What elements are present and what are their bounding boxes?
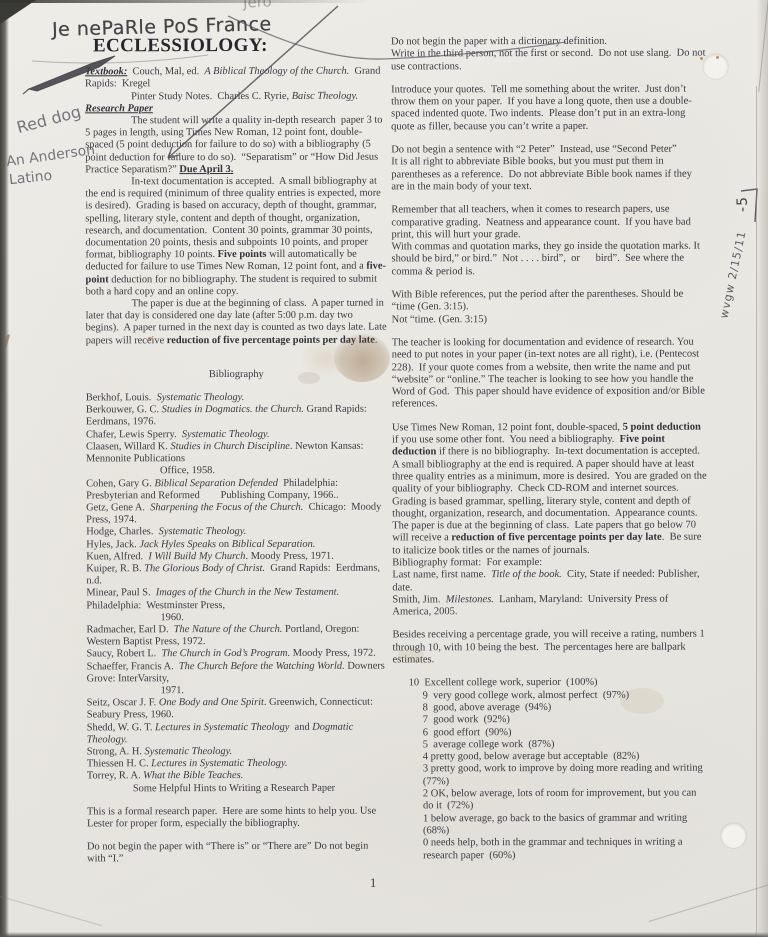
rating-item: 0 needs help, both in the grammar and te… — [393, 837, 709, 862]
text-run: on — [216, 539, 232, 550]
text-run: Cohen, Gary G. — [86, 478, 154, 489]
text-run: . Moody Press, 1972. — [287, 648, 375, 659]
bibliography-entry: Minear, Paul S. Images of the Church in … — [86, 587, 387, 612]
text-run: The Glorious Body of Christ. — [144, 563, 265, 574]
text-run: 1960. — [160, 612, 183, 623]
text-run: Hodge, Charles. — [86, 527, 158, 538]
page-number: 1 — [370, 876, 376, 891]
bibliography-entry: 1960. — [86, 611, 387, 624]
text-run: 9 very good college work, almost perfect… — [423, 689, 629, 701]
text-run: Remember that all teachers, when it come… — [391, 204, 702, 277]
bibliography-entry: Berkouwer, G. C. Studies in Dogmatics. t… — [86, 404, 387, 429]
text-run: reduction of five percentage points per … — [451, 532, 661, 544]
bibliography-entry: Hyles, Jack. Jack Hyles Speaks on Biblic… — [86, 538, 387, 551]
text-run: Five points — [218, 249, 267, 260]
rating-item: 6 good effort (90%) — [393, 726, 709, 739]
paper-fold-line — [756, 86, 757, 937]
paragraph: Introduce your quotes. Tell me something… — [391, 83, 707, 133]
handwriting-vertical-note: wvgw 2/15/11 — [715, 218, 751, 330]
text-run: Systematic Theology. — [157, 392, 245, 403]
paragraph: Do not begin a sentence with “2 Peter” I… — [391, 144, 707, 194]
text-run: and — [289, 721, 312, 732]
rating-item: 10 Excellent college work, superior (100… — [393, 677, 709, 690]
text-run: Jack Hyles Speaks — [139, 539, 216, 550]
bibliography-entry: Getz, Gene A. Sharpening the Focus of th… — [86, 502, 387, 527]
text-run: deduction for no bibliography. The stude… — [86, 273, 380, 297]
text-run: Saucy, Robert L. — [87, 649, 162, 660]
text-run: 5 average college work (87%) — [423, 739, 555, 750]
text-run: Systematic Theology. — [159, 526, 247, 537]
bibliography-entry: Office, 1958. — [86, 465, 387, 478]
bibliography-entry: Cohen, Gary G. Biblical Separation Defen… — [86, 477, 387, 502]
scanned-page: ECCLESSIOLOGY: Textbook: Couch, Mal, ed.… — [0, 0, 768, 937]
text-run: Seitz, Oscar J. F. — [87, 697, 159, 708]
text-run: Title of the book. — [491, 569, 562, 580]
text-run: Hyles, Jack. — [86, 539, 139, 550]
scan-edge-bottom — [0, 932, 768, 937]
text-run: Thiessen H. C. — [87, 758, 151, 769]
rating-item: 2 OK, below average, lots of room for im… — [393, 788, 709, 813]
paragraph: Besides receiving a percentage grade, yo… — [392, 629, 708, 667]
text-run: Biblical Separation. — [232, 538, 316, 549]
text-run: Minear, Paul S. — [86, 588, 155, 599]
left-column: ECCLESSIOLOGY: Textbook: Couch, Mal, ed.… — [85, 40, 388, 866]
text-run: Chafer, Lewis Sperry. — [86, 429, 182, 440]
text-run: 4 pretty good, below average but accepta… — [423, 751, 640, 763]
scan-edge-top — [0, 0, 369, 3]
rating-item: 4 pretty good, below average but accepta… — [393, 751, 709, 764]
text-run: What the Bible Teaches. — [143, 770, 243, 781]
text-run: Systematic Theology. — [145, 746, 233, 757]
text-run: Besides receiving a percentage grade, yo… — [392, 629, 707, 665]
text-run: Biblical Separation Defended — [154, 477, 278, 488]
text-run: Kuiper, R. B. — [86, 563, 144, 574]
text-run: In-text documentation is accepted. A sma… — [85, 176, 383, 261]
paragraph: Do not begin the paper with a dictionary… — [391, 36, 707, 74]
rust-speck — [148, 337, 152, 340]
bibliography-entry: Strong, A. H. Systematic Theology. — [87, 746, 388, 759]
text-run: A Biblical Theology of the Church. — [204, 66, 349, 77]
text-run: Bibliography — [209, 369, 264, 380]
paragraph: Use Times New Roman, 12 point font, doub… — [392, 421, 709, 619]
text-run: Studies in Church Discipline — [170, 441, 289, 452]
text-run: Due April 3. — [179, 164, 233, 175]
text-run: Lectures in Systematic Theology. — [151, 758, 287, 769]
right-column: Do not begin the paper with a dictionary… — [391, 36, 709, 863]
bibliography-entry: Seitz, Oscar J. F. One Body and One Spir… — [87, 697, 388, 722]
text-run: Berkouwer, G. C. — [86, 404, 162, 415]
text-run: Strong, A. H. — [87, 746, 145, 757]
rating-item: 5 average college work (87%) — [393, 738, 709, 751]
paper-crease — [0, 895, 102, 926]
paragraph: In-text documentation is accepted. A sma… — [85, 176, 386, 299]
handwriting-margin-2: An Anderson — [5, 142, 96, 170]
bibliography-entry: Shedd, W. G. T. Lectures in Systematic T… — [87, 721, 388, 746]
bibliography-entry: 1971. — [87, 685, 388, 698]
bibliography-entry: Berkhof, Louis. Systematic Theology. — [86, 392, 387, 405]
handwriting-grade-mark: -5 — [735, 196, 751, 212]
bibliography-entry: Chafer, Lewis Sperry. Systematic Theolog… — [86, 428, 387, 441]
smudge — [298, 372, 320, 384]
research-paper-heading: Research Paper — [85, 102, 386, 115]
rust-speck — [716, 56, 719, 59]
bibliography-entry: Kuiper, R. B. The Glorious Body of Chris… — [86, 563, 387, 588]
bibliography-entry: Torrey, R. A. What the Bible Teaches. — [87, 770, 388, 783]
text-run: Lectures in Systematic Theology — [155, 721, 289, 732]
text-run: Claasen, Willard K. — [86, 441, 171, 452]
text-run: Berkhof, Louis. — [86, 392, 157, 403]
bibliography-entry: Kuen, Alfred. I Will Build My Church. Mo… — [86, 550, 387, 563]
scan-corner — [0, 0, 36, 24]
text-run: Do not begin a sentence with “2 Peter” I… — [391, 144, 694, 193]
text-run: The Nature of the Church. — [174, 624, 283, 635]
bibliography-entry: Claasen, Willard K. Studies in Church Di… — [86, 440, 387, 465]
bibliography-entry: Thiessen H. C. Lectures in Systematic Th… — [87, 758, 388, 771]
bibliography-entry: Saucy, Robert L. The Church in God’s Pro… — [87, 648, 388, 661]
text-run: if there is no bibliography. In-text doc… — [392, 446, 709, 544]
paragraph: The student will write a quality in-dept… — [85, 115, 386, 177]
paragraph: Pinter Study Notes. Charles C. Ryrie, Ba… — [85, 90, 386, 103]
text-run: With Bible references, put the period af… — [392, 289, 686, 325]
smudge — [620, 688, 664, 714]
text-run: Kuen, Alfred. — [86, 551, 148, 562]
scan-edge-right — [756, 0, 768, 937]
text-run: 6 good effort (90%) — [423, 727, 512, 738]
text-run: 7 good work (92%) — [423, 714, 510, 725]
text-run: Baisc Theology. — [292, 90, 358, 101]
paragraph: Remember that all teachers, when it come… — [391, 204, 707, 279]
text-run: 1 below average, go back to the basics o… — [423, 812, 690, 836]
text-run: 8 good, above average (94%) — [423, 702, 552, 713]
text-run: 0 needs help, both in the grammar and te… — [423, 837, 685, 861]
text-run: Do not begin the paper with a dictionary… — [391, 36, 708, 72]
text-run: Do not begin the paper with “There is” o… — [87, 841, 371, 865]
text-run: This is a formal research paper. Here ar… — [87, 805, 379, 829]
text-run: Schaeffer, Francis A. — [87, 661, 179, 672]
text-run: Pinter Study Notes. Charles C. Ryrie, — [131, 90, 292, 101]
textbook-paragraph: Textbook: Couch, Mal, ed. A Biblical The… — [85, 66, 386, 91]
handwriting-margin-3: Latino — [8, 168, 53, 188]
doodle-tail — [23, 89, 29, 94]
scan-edge-left — [0, 0, 9, 937]
bibliography-entry: Hodge, Charles. Systematic Theology. — [86, 526, 387, 539]
rust-speck — [700, 57, 703, 60]
page-title: ECCLESSIOLOGY: — [93, 40, 386, 53]
rating-item: 3 pretty good, work to improve by doing … — [393, 763, 709, 788]
bibliography-entry: Radmacher, Earl D. The Nature of the Chu… — [86, 624, 387, 649]
text-run: The Church Before the Watching World. — [179, 660, 345, 671]
text-run: 10 Excellent college work, superior (100… — [409, 677, 598, 688]
text-run: The Church in God’s Program — [161, 648, 287, 659]
text-run: 3 pretty good, work to improve by doing … — [423, 763, 708, 787]
text-run: Couch, Mal, ed. — [127, 66, 204, 77]
text-run: Office, 1958. — [160, 465, 215, 476]
text-run: Shedd, W. G. T. — [87, 722, 155, 733]
text-run: The teacher is looking for documentation… — [392, 337, 708, 410]
coffee-stain — [334, 334, 390, 382]
paragraph: The teacher is looking for documentation… — [392, 337, 708, 412]
text-run: Getz, Gene A. — [86, 502, 150, 513]
rating-item: 7 good work (92%) — [393, 714, 709, 727]
paper-crease — [649, 883, 768, 922]
text-run: . Moody Press, 1971. — [245, 550, 333, 561]
bibliography-entry: Schaeffer, Francis A. The Church Before … — [87, 660, 388, 685]
text-run: Milestones. — [446, 594, 494, 605]
text-run: Introduce your quotes. Tell me something… — [391, 84, 692, 133]
text-run: Studies in Dogmatics. the Church. — [162, 404, 304, 415]
text-run: I Will Build My Church — [148, 551, 245, 562]
text-run: Images of the Church in the New Testamen… — [156, 587, 339, 598]
hole-punch-bottom — [721, 823, 746, 848]
text-run: Textbook: — [85, 66, 127, 77]
text-run: Torrey, R. A. — [87, 771, 143, 782]
paragraph: With Bible references, put the period af… — [392, 289, 708, 327]
paragraph: Do not begin the paper with “There is” o… — [87, 841, 388, 866]
text-run: The student will write a quality in-dept… — [85, 115, 385, 176]
paragraph: This is a formal research paper. Here ar… — [87, 805, 388, 830]
smudge — [398, 648, 424, 662]
text-run: 5 point deduction — [623, 421, 701, 432]
text-run: Use Times New Roman, 12 point font, doub… — [392, 422, 623, 434]
text-run: Radmacher, Earl D. — [86, 624, 173, 635]
text-run: Systematic Theology. — [182, 429, 270, 440]
handwriting-margin-1: Red dog — [15, 102, 83, 137]
text-run: One Body and One Spirit — [159, 697, 264, 708]
text-run: Sharpening the Focus of the Church. — [150, 502, 303, 513]
text-run: 1971. — [161, 685, 184, 696]
text-run: Some Helpful Hints to Writing a Research… — [133, 782, 335, 794]
text-run: Research Paper — [85, 103, 153, 114]
rating-item: 1 below average, go back to the basics o… — [393, 812, 709, 837]
hints-heading: Some Helpful Hints to Writing a Research… — [87, 782, 388, 795]
text-run: 2 OK, below average, lots of room for im… — [423, 788, 699, 812]
